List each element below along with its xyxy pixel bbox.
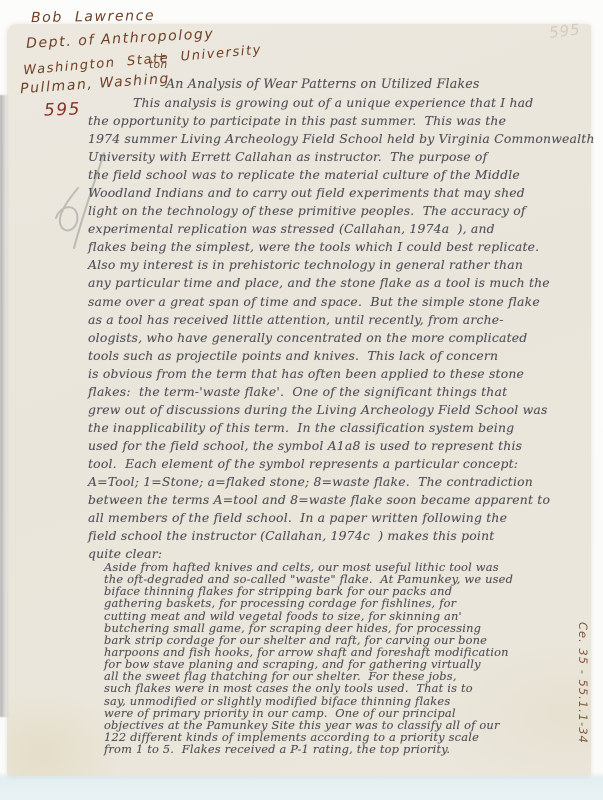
text-line: field school the instructor (Callahan, 1… <box>88 527 560 545</box>
margin-page-number-red: 595 <box>44 99 82 120</box>
text-line: A=Tool; 1=Stone; a=flaked stone; 8=waste… <box>88 473 560 491</box>
handwritten-insertion-ton: ton <box>149 59 168 71</box>
text-line: any particular time and place, and the s… <box>88 274 560 292</box>
text-line: experimental replication was stressed (C… <box>88 220 560 238</box>
text-line: is obvious from the term that has often … <box>88 365 560 383</box>
text-line: cutting meat and wild vegetal foods to s… <box>104 610 572 622</box>
text-line: Woodland Indians and to carry out field … <box>88 184 560 202</box>
text-line: between the terms A=tool and 8=waste fla… <box>88 491 560 509</box>
page-title: An Analysis of Wear Patterns on Utilized… <box>166 76 480 91</box>
main-paragraph: This analysis is growing out of a unique… <box>88 94 560 563</box>
text-line: tool. Each element of the symbol represe… <box>88 455 560 473</box>
text-line: ologists, who have generally concentrate… <box>88 329 560 347</box>
text-line: Also my interest is in prehistoric techn… <box>88 256 560 274</box>
scan-edge-shadow <box>0 95 9 717</box>
text-line: the inapplicability of this term. In the… <box>88 419 560 437</box>
text-line: say, unmodified or slightly modified bif… <box>104 695 572 707</box>
text-line: were of primary priority in our camp. On… <box>104 707 572 719</box>
text-line: the opportunity to participate in this p… <box>88 112 560 130</box>
scanned-page: Bob Lawrence Dept. of Anthropology Washi… <box>0 0 603 800</box>
text-line: light on the technology of these primiti… <box>88 202 560 220</box>
text-line: from 1 to 5. Flakes received a P-1 ratin… <box>104 743 572 755</box>
text-line: such flakes were in most cases the only … <box>104 682 572 694</box>
text-line: grew out of discussions during the Livin… <box>88 401 560 419</box>
handwritten-author-name: Bob Lawrence <box>31 8 155 26</box>
text-line: the field school was to replicate the ma… <box>88 166 560 184</box>
text-line: flakes being the simplest, were the tool… <box>88 238 560 256</box>
text-line: University with Errett Callahan as instr… <box>88 148 560 166</box>
block-quote: Aside from hafted knives and celts, our … <box>104 561 572 755</box>
text-line: used for the field school, the symbol A1… <box>88 437 560 455</box>
text-line: all members of the field school. In a pa… <box>88 509 560 527</box>
text-line: as a tool has received little attention,… <box>88 311 560 329</box>
text-line: gathering baskets, for processing cordag… <box>104 597 572 609</box>
text-line: This analysis is growing out of a unique… <box>88 94 560 112</box>
text-line: tools such as projectile points and kniv… <box>88 347 560 365</box>
archive-number-vertical: Ce. 35 - 55.1.1-34 <box>574 622 590 784</box>
margin-page-number-ghost: 595 <box>548 20 582 42</box>
text-line: flakes: the term-'waste flake'. One of t… <box>88 383 560 401</box>
text-line: same over a great span of time and space… <box>88 293 560 311</box>
text-line: 1974 summer Living Archeology Field Scho… <box>88 130 560 148</box>
